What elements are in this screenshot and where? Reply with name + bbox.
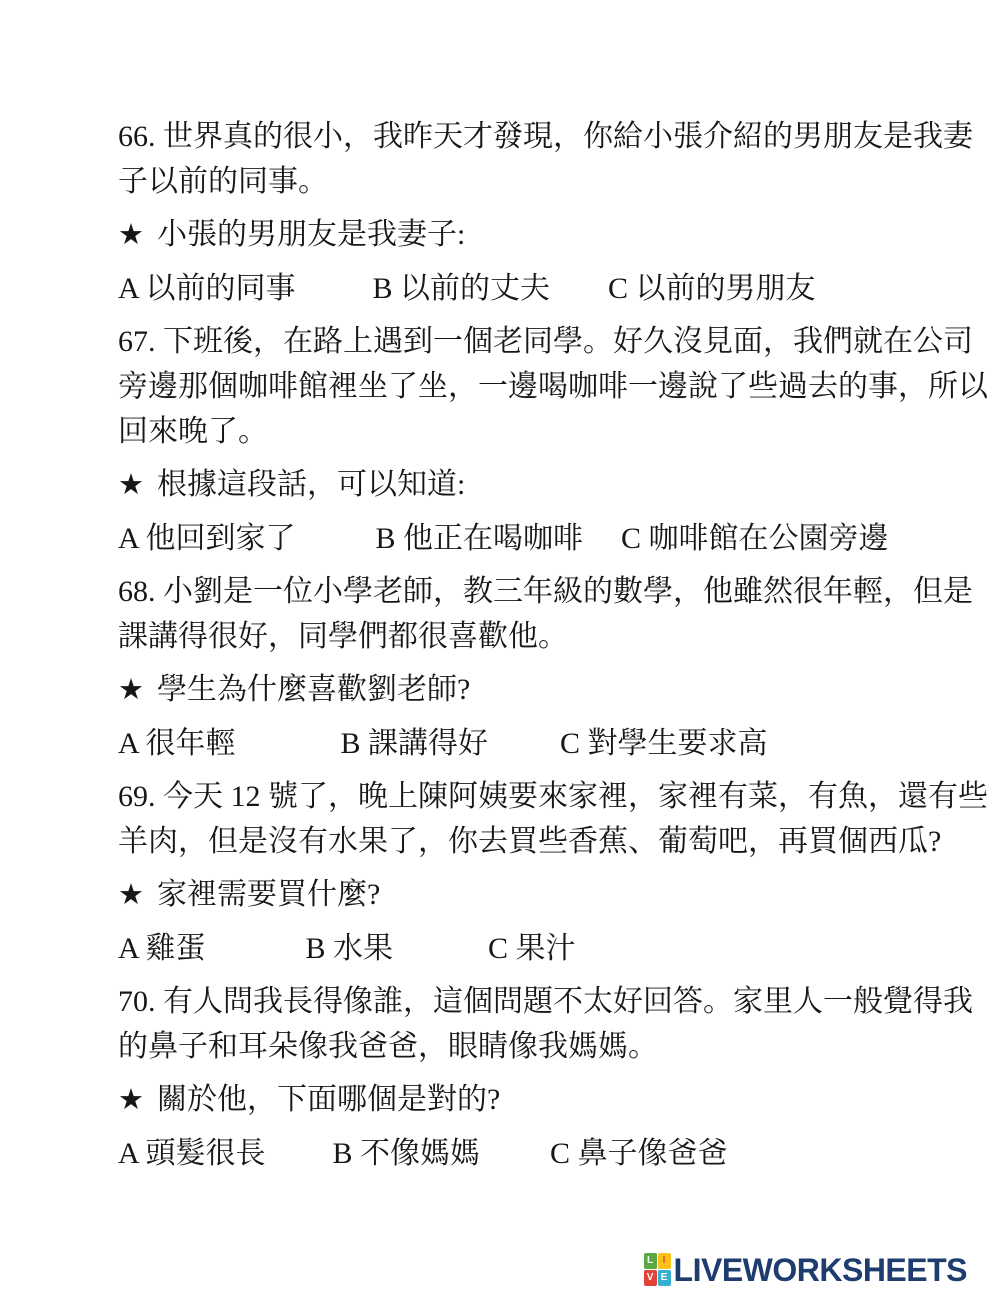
passage-line: 旁邊那個咖啡館裡坐了坐，一邊喝咖啡一邊說了些過去的事，所以 (118, 364, 978, 409)
passage-line: 羊肉，但是沒有水果了，你去買些香蕉、葡萄吧，再買個西瓜? (118, 819, 978, 864)
passage-line: 68. 小劉是一位小學老師，教三年級的數學，他雖然很年輕，但是 (118, 569, 978, 614)
passage-line: 課講得很好，同學們都很喜歡他。 (118, 614, 978, 659)
star-icon: ★ (118, 1078, 144, 1123)
question-prompt: ★關於他，下面哪個是對的? (118, 1077, 978, 1123)
passage-line: 66. 世界真的很小，我昨天才發現，你給小張介紹的男朋友是我妻 (118, 114, 978, 159)
question-passage: 69. 今天 12 號了，晚上陳阿姨要來家裡，家裡有菜，有魚，還有些 羊肉，但是… (118, 774, 978, 864)
prompt-text: 家裡需要買什麼? (157, 878, 380, 911)
option-b[interactable]: B 他正在喝咖啡 (376, 516, 614, 561)
question-68: 68. 小劉是一位小學老師，教三年級的數學，他雖然很年輕，但是 課講得很好，同學… (118, 569, 978, 766)
option-c[interactable]: C 對學生要求高 (560, 721, 768, 766)
question-69: 69. 今天 12 號了，晚上陳阿姨要來家裡，家裡有菜，有魚，還有些 羊肉，但是… (118, 774, 978, 971)
star-icon: ★ (118, 213, 144, 258)
option-a[interactable]: A 雞蛋 (118, 926, 298, 971)
logo-square-i: I (658, 1253, 671, 1269)
logo-square-v: V (644, 1270, 657, 1286)
option-b[interactable]: B 以前的丈夫 (373, 266, 601, 311)
star-icon: ★ (118, 668, 144, 713)
question-67: 67. 下班後，在路上遇到一個老同學。好久沒見面，我們就在公司 旁邊那個咖啡館裡… (118, 319, 978, 561)
passage-line: 69. 今天 12 號了，晚上陳阿姨要來家裡，家裡有菜，有魚，還有些 (118, 774, 978, 819)
prompt-text: 小張的男朋友是我妻子: (157, 218, 465, 251)
prompt-text: 關於他，下面哪個是對的? (157, 1083, 500, 1116)
question-passage: 70. 有人問我長得像誰，這個問題不太好回答。家里人一般覺得我 的鼻子和耳朵像我… (118, 979, 978, 1069)
question-prompt: ★小張的男朋友是我妻子: (118, 212, 978, 258)
prompt-text: 學生為什麼喜歡劉老師? (157, 673, 470, 706)
answer-options: A 雞蛋 B 水果 C 果汁 (118, 926, 978, 971)
answer-options: A 頭髮很長 B 不像媽媽 C 鼻子像爸爸 (118, 1131, 978, 1176)
option-b[interactable]: B 不像媽媽 (333, 1131, 543, 1176)
question-prompt: ★學生為什麼喜歡劉老師? (118, 667, 978, 713)
option-a[interactable]: A 頭髮很長 (118, 1131, 325, 1176)
option-c[interactable]: C 鼻子像爸爸 (550, 1131, 728, 1176)
option-c[interactable]: C 咖啡館在公園旁邊 (621, 516, 889, 561)
option-a[interactable]: A 他回到家了 (118, 516, 368, 561)
passage-line: 67. 下班後，在路上遇到一個老同學。好久沒見面，我們就在公司 (118, 319, 978, 364)
liveworksheets-icon: L I V E (644, 1253, 671, 1286)
passage-line: 子以前的同事。 (118, 159, 978, 204)
liveworksheets-logo[interactable]: L I V E LIVEWORKSHEETS (644, 1253, 967, 1286)
option-a[interactable]: A 很年輕 (118, 721, 333, 766)
question-prompt: ★家裡需要買什麼? (118, 872, 978, 918)
star-icon: ★ (118, 873, 144, 918)
liveworksheets-wordmark: LIVEWORKSHEETS (674, 1254, 967, 1286)
option-b[interactable]: B 課講得好 (341, 721, 553, 766)
question-66: 66. 世界真的很小，我昨天才發現，你給小張介紹的男朋友是我妻 子以前的同事。 … (118, 114, 978, 311)
question-70: 70. 有人問我長得像誰，這個問題不太好回答。家里人一般覺得我 的鼻子和耳朵像我… (118, 979, 978, 1176)
passage-line: 的鼻子和耳朵像我爸爸，眼睛像我媽媽。 (118, 1024, 978, 1069)
question-passage: 67. 下班後，在路上遇到一個老同學。好久沒見面，我們就在公司 旁邊那個咖啡館裡… (118, 319, 978, 454)
logo-square-l: L (644, 1253, 657, 1269)
option-c[interactable]: C 以前的男朋友 (608, 266, 816, 311)
option-a[interactable]: A 以前的同事 (118, 266, 365, 311)
answer-options: A 他回到家了 B 他正在喝咖啡 C 咖啡館在公園旁邊 (118, 516, 978, 561)
logo-square-e: E (658, 1270, 671, 1286)
option-b[interactable]: B 水果 (306, 926, 481, 971)
prompt-text: 根據這段話，可以知道: (157, 468, 465, 501)
star-icon: ★ (118, 463, 144, 508)
option-c[interactable]: C 果汁 (488, 926, 576, 971)
answer-options: A 很年輕 B 課講得好 C 對學生要求高 (118, 721, 978, 766)
worksheet-questions: 66. 世界真的很小，我昨天才發現，你給小張介紹的男朋友是我妻 子以前的同事。 … (118, 114, 978, 1184)
question-passage: 68. 小劉是一位小學老師，教三年級的數學，他雖然很年輕，但是 課講得很好，同學… (118, 569, 978, 659)
question-prompt: ★根據這段話，可以知道: (118, 462, 978, 508)
answer-options: A 以前的同事 B 以前的丈夫 C 以前的男朋友 (118, 266, 978, 311)
question-passage: 66. 世界真的很小，我昨天才發現，你給小張介紹的男朋友是我妻 子以前的同事。 (118, 114, 978, 204)
passage-line: 70. 有人問我長得像誰，這個問題不太好回答。家里人一般覺得我 (118, 979, 978, 1024)
passage-line: 回來晚了。 (118, 409, 978, 454)
